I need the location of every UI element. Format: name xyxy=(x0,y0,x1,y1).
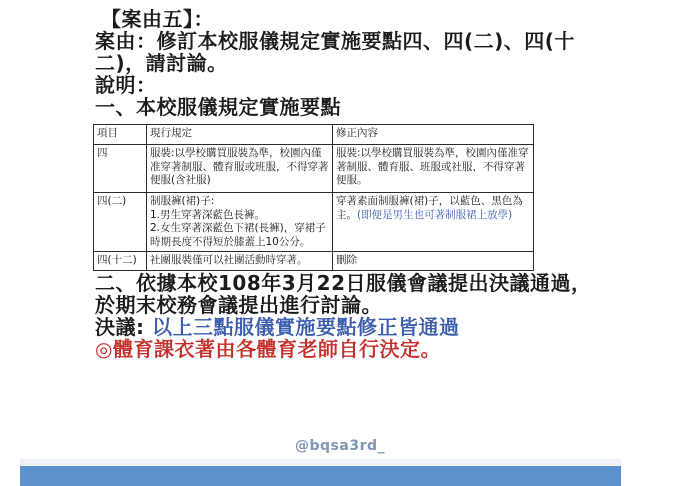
row1-item: 四 xyxy=(94,145,147,193)
table-row: 四(十二) 社團服裝僅可以社團活動時穿著。 刪除 xyxy=(94,252,534,271)
section1-heading: 一、本校服儀規定實施要點 xyxy=(95,96,640,118)
section2-line-1: 二、依據本校108年3月22日服儀會議提出決議通過， xyxy=(95,272,655,294)
explanation-label: 說明： xyxy=(95,74,640,96)
row1-revised: 服裝:以學校購買服裝為準，校園內僅准穿著制服、體育服、班服或社服，不得穿著便服。 xyxy=(333,145,534,193)
header-current-rule: 現行規定 xyxy=(147,125,333,145)
section2-line-2: 於期末校務會議提出進行討論。 xyxy=(95,294,655,316)
watermark-handle: @bqsa3rd_ xyxy=(0,438,680,454)
row2-revised: 穿著素面制服褲(裙)子，以藍色、黑色為主。(即便是男生也可著制服裙上放學) xyxy=(333,193,534,252)
bottom-blue-bar xyxy=(20,466,621,486)
document-page: 【案由五】： 案由：修訂本校服儀規定實施要點四、四(二)、四(十 二)，請討論。… xyxy=(0,0,680,486)
resolution-text: 以上三點服儀實施要點修正皆通過 xyxy=(145,315,460,339)
header-item: 項目 xyxy=(94,125,147,145)
row3-current: 社團服裝僅可以社團活動時穿著。 xyxy=(147,252,333,271)
row1-current: 服裝:以學校購買服裝為準，校園內僅准穿著制服、體育服或班服，不得穿著便服(含社服… xyxy=(147,145,333,193)
table-row: 四(二) 制服褲(裙)子: 1.男生穿著深藍色長褲。 2.女生穿著深藍色下裙(長… xyxy=(94,193,534,252)
pe-note: ◎體育課衣著由各體育老師自行決定。 xyxy=(95,338,655,360)
subject-line-2: 二)，請討論。 xyxy=(95,52,640,74)
document-header: 【案由五】： 案由：修訂本校服儀規定實施要點四、四(二)、四(十 二)，請討論。… xyxy=(95,8,640,118)
row2-revised-note: (即便是男生也可著制服裙上放學) xyxy=(357,209,512,221)
table-row: 四 服裝:以學校購買服裝為準，校園內僅准穿著制服、體育服或班服，不得穿著便服(含… xyxy=(94,145,534,193)
row2-item: 四(二) xyxy=(94,193,147,252)
case-title: 【案由五】： xyxy=(95,8,640,30)
row2-current: 制服褲(裙)子: 1.男生穿著深藍色長褲。 2.女生穿著深藍色下裙(長褲)，穿裙… xyxy=(147,193,333,252)
row3-item: 四(十二) xyxy=(94,252,147,271)
header-revised-content: 修正內容 xyxy=(333,125,534,145)
document-footer-text: 二、依據本校108年3月22日服儀會議提出決議通過， 於期末校務會議提出進行討論… xyxy=(95,272,655,360)
row3-revised: 刪除 xyxy=(333,252,534,271)
subject-line-1: 案由：修訂本校服儀規定實施要點四、四(二)、四(十 xyxy=(95,30,640,52)
table-header-row: 項目 現行規定 修正內容 xyxy=(94,125,534,145)
resolution-line: 決議: 以上三點服儀實施要點修正皆通過 xyxy=(95,316,655,338)
bottom-bar-shadow xyxy=(20,459,621,466)
regulation-comparison-table: 項目 現行規定 修正內容 四 服裝:以學校購買服裝為準，校園內僅准穿著制服、體育… xyxy=(93,124,534,271)
resolution-label: 決議: xyxy=(95,315,145,339)
